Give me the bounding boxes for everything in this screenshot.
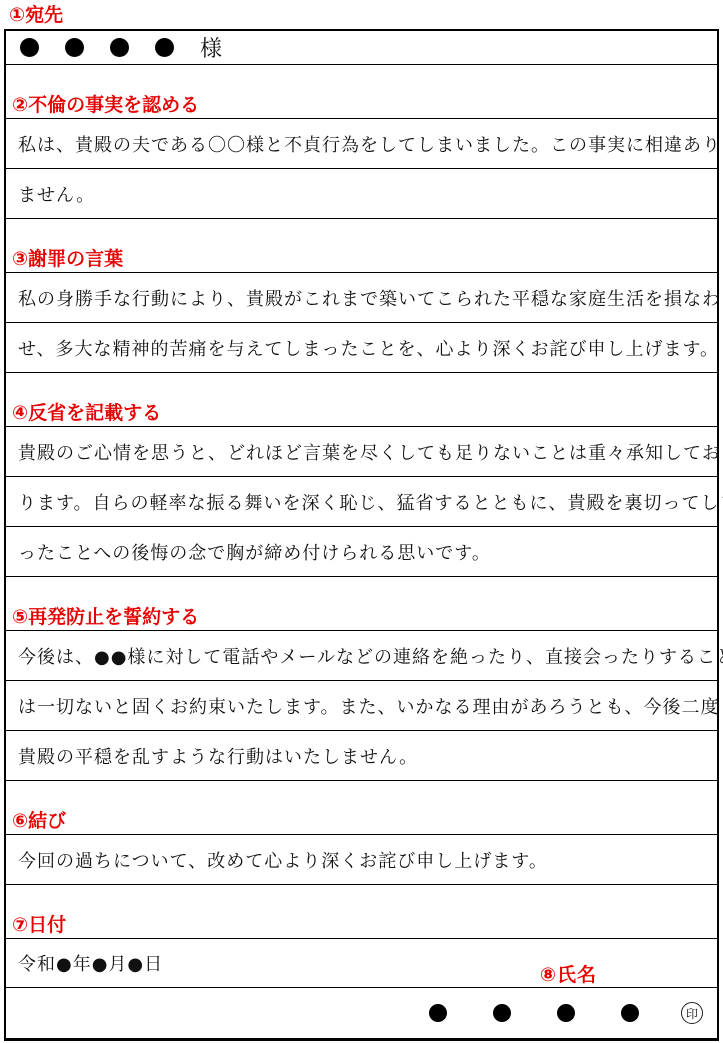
section-heading-text: ④反省を記載する [12,403,161,424]
row-heading: ⑦日付 [6,885,717,939]
body-text-line: 私の身勝手な行動により、貴殿がこれまで築いてこられた平穏な家庭生活を損なわ [18,285,721,311]
letter-sheet: 様②不倫の事実を認める私は、貴殿の夫である〇〇様と不貞行為をしてしまいました。こ… [4,29,719,1041]
body-text-line: 私は、貴殿の夫である〇〇様と不貞行為をしてしまいました。この事実に相違あり [18,131,721,157]
section-heading-text: ②不倫の事実を認める [12,95,199,116]
row-body: ません。 [6,169,717,219]
row-date: 令和●年●月●日⑧氏名 [6,939,717,988]
row-body: せ、多大な精神的苦痛を与えてしまったことを、心より深くお詫び申し上げます。 [6,323,717,373]
row-body: 私の身勝手な行動により、貴殿がこれまで築いてこられた平穏な家庭生活を損なわ [6,273,717,323]
body-text-line: は一切ないと固くお約束いたします。また、いかなる理由があろうとも、今後二度と [18,693,723,719]
row-body: ります。自らの軽率な振る舞いを深く恥じ、猛省するとともに、貴殿を裏切ってしま [6,477,717,527]
row-body: ったことへの後悔の念で胸が締め付けられる思いです。 [6,527,717,577]
row-heading: ⑤再発防止を誓約する [6,577,717,631]
signature-placeholder-dot [621,1004,639,1022]
row-body: 貴殿の平穏を乱すような行動はいたしません。 [6,731,717,781]
signature-placeholder-dot [429,1004,447,1022]
seal-mark: 印 [681,1002,703,1024]
row-signature: 印 [6,988,717,1038]
row-body: 今回の過ちについて、改めて心より深くお詫び申し上げます。 [6,835,717,885]
row-body: 私は、貴殿の夫である〇〇様と不貞行為をしてしまいました。この事実に相違あり [6,119,717,169]
body-text-line: 今回の過ちについて、改めて心より深くお詫び申し上げます。 [18,847,548,873]
row-name: 様 [6,31,717,65]
addressee-placeholder-dot [65,38,84,57]
section-heading-text: ⑤再発防止を誓約する [12,607,199,628]
section-heading-addressee: ①宛先 [4,3,719,29]
body-text-line: せ、多大な精神的苦痛を与えてしまったことを、心より深くお詫び申し上げます。 [18,335,719,361]
row-heading: ③謝罪の言葉 [6,219,717,273]
row-heading: ⑥結び [6,781,717,835]
section-heading-name: ⑧氏名 [540,965,597,986]
row-body: 貴殿のご心情を思うと、どれほど言葉を尽くしても足りないことは重々承知してお [6,427,717,477]
row-heading: ②不倫の事実を認める [6,65,717,119]
addressee-placeholder-dot [110,38,129,57]
body-text-line: 貴殿のご心情を思うと、どれほど言葉を尽くしても足りないことは重々承知してお [18,439,721,465]
signature-placeholder-dot [557,1004,575,1022]
section-heading-text: ⑥結び [12,811,66,832]
signature-placeholder-dot [493,1004,511,1022]
row-body: 今後は、●●様に対して電話やメールなどの連絡を絶ったり、直接会ったりすること [6,631,717,681]
date-placeholder-text: 令和●年●月●日 [18,950,163,976]
body-text-line: 貴殿の平穏を乱すような行動はいたしません。 [18,743,418,769]
section-heading-text: ⑦日付 [12,915,66,936]
apology-letter-page: ①宛先 様②不倫の事実を認める私は、貴殿の夫である〇〇様と不貞行為をしてしまいま… [0,0,723,1041]
row-body: は一切ないと固くお約束いたします。また、いかなる理由があろうとも、今後二度と [6,681,717,731]
body-text-line: ります。自らの軽率な振る舞いを深く恥じ、猛省するとともに、貴殿を裏切ってしま [18,489,723,515]
body-text-line: 今後は、●●様に対して電話やメールなどの連絡を絶ったり、直接会ったりすること [18,643,723,669]
addressee-placeholder-dot [155,38,174,57]
row-heading: ④反省を記載する [6,373,717,427]
body-text-line: ったことへの後悔の念で胸が締め付けられる思いです。 [18,539,491,565]
addressee-placeholder-dot [20,38,39,57]
body-text-line: ません。 [18,181,95,207]
section-heading-text: ③謝罪の言葉 [12,249,123,270]
addressee-honorific: 様 [200,32,222,63]
